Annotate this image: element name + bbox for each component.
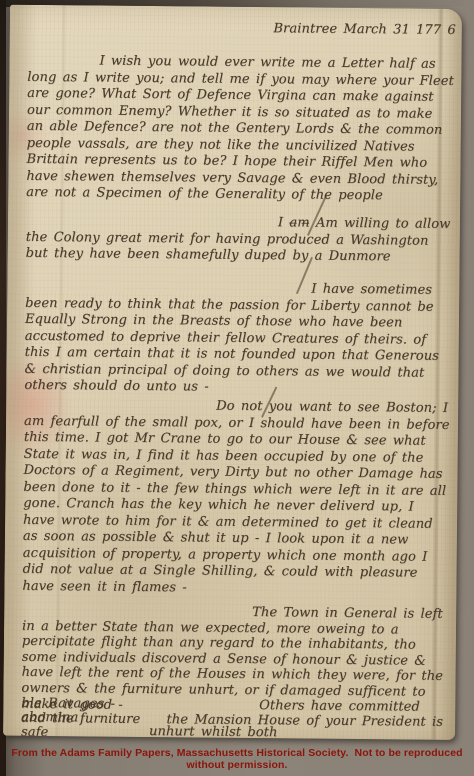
letter-paragraph-1: I wish you would ever write me a Letter … <box>26 53 455 206</box>
manuscript-page: Braintree March 31 177 6 I wish you woul… <box>3 5 462 740</box>
letter-paragraph-3: I have sometimes been ready to think tha… <box>24 279 453 399</box>
letter-paragraph-4: Do not you want to see Boston; I am fear… <box>22 397 452 599</box>
manuscript-scan: Braintree March 31 177 6 I wish you woul… <box>0 0 474 776</box>
letter-paragraph-2: I a̶m̶ Am willing to allow the Colony gr… <box>26 213 454 267</box>
letter-body: Braintree March 31 177 6 I wish you woul… <box>21 5 456 740</box>
archive-caption: From the Adams Family Papers, Massachuse… <box>0 747 474 771</box>
letter-dateline: Braintree March 31 177 6 <box>28 19 456 40</box>
